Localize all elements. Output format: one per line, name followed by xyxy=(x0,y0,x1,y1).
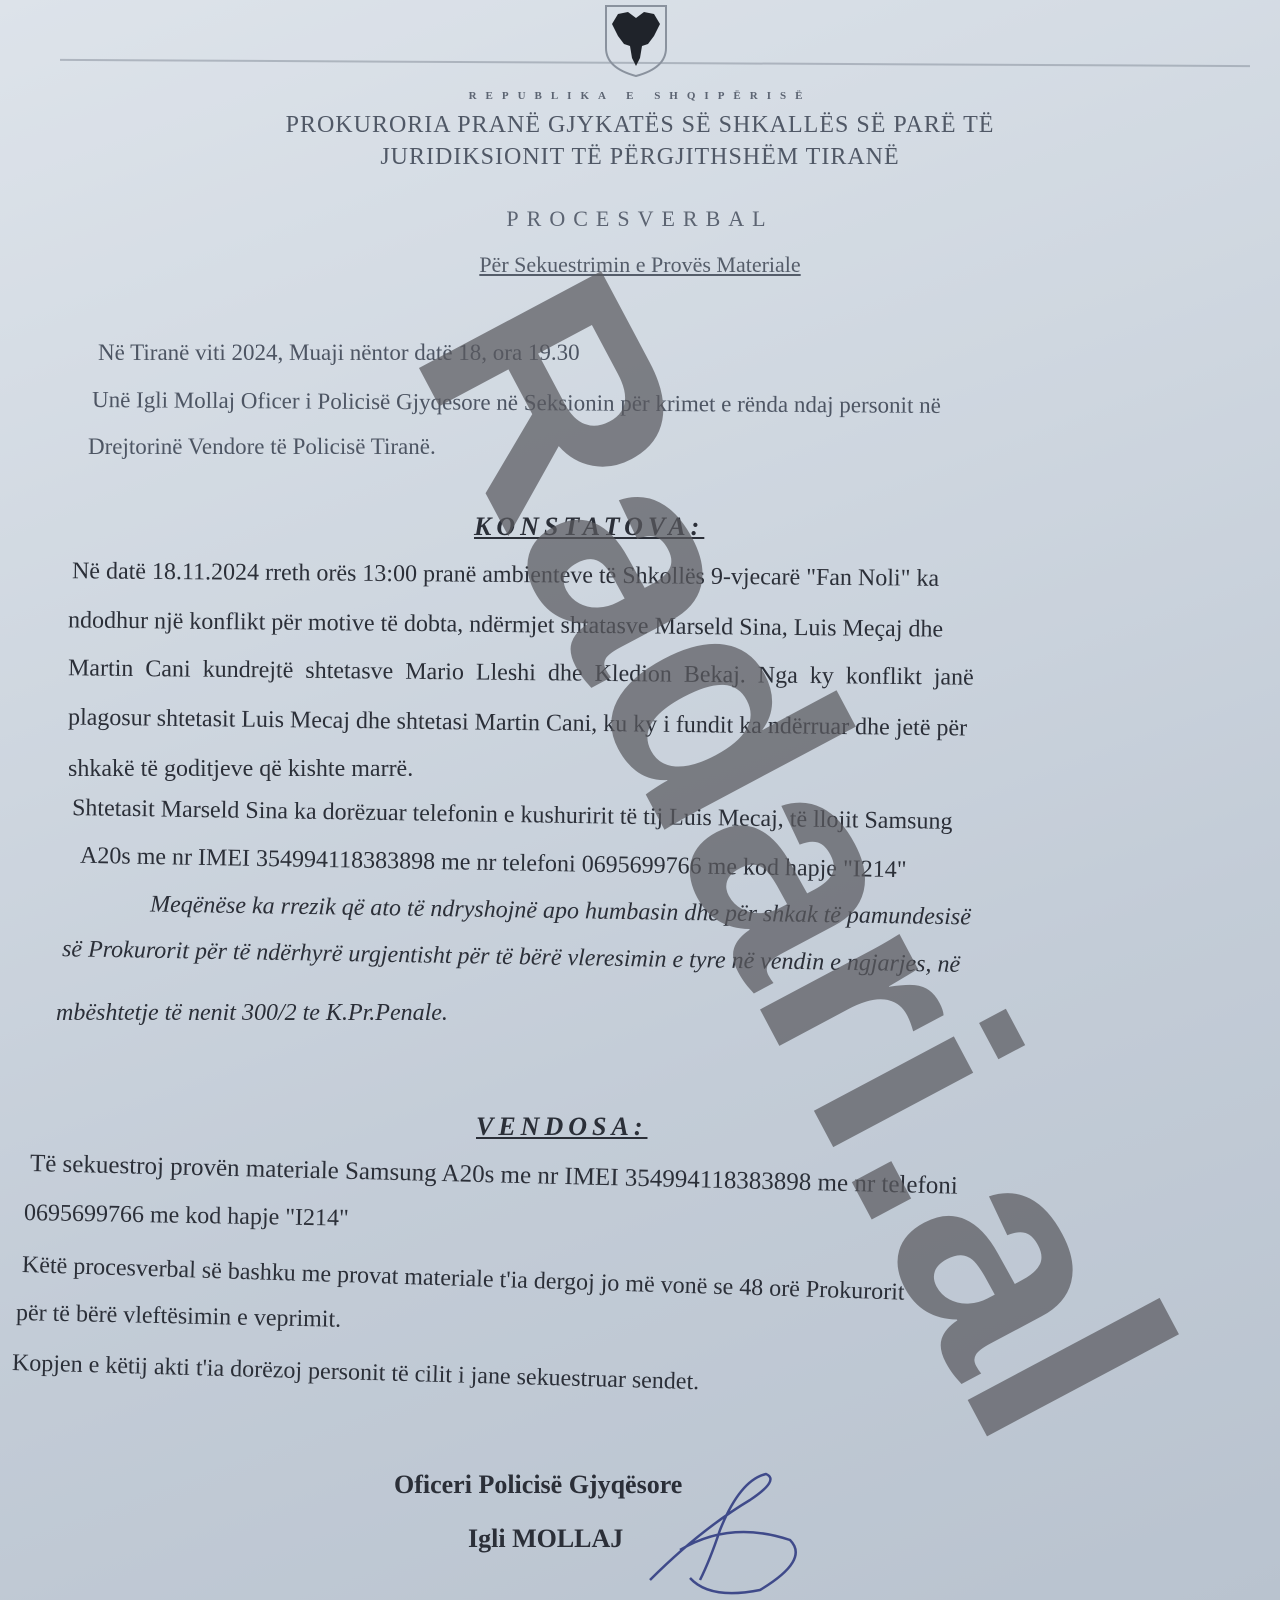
konstatova-heading: KONSTATOVA: xyxy=(474,512,704,542)
republic-label: REPUBLIKA E SHQIPËRISË xyxy=(0,90,1280,102)
vendosa-line: Kopjen e këtij akti t'ia dorëzoj personi… xyxy=(12,1350,700,1396)
konstatova-line: Në datë 18.11.2024 rreth orës 13:00 pran… xyxy=(72,558,939,593)
konstatova-line: shkakë të goditjeve që kishte marrë. xyxy=(68,756,413,783)
document-photo: REPUBLIKA E SHQIPËRISË PROKURORIA PRANË … xyxy=(0,0,1280,1600)
intro-line-1: Në Tiranë viti 2024, Muaji nëntor datë 1… xyxy=(98,340,580,366)
konstatova-line: plagosur shtetasit Luis Mecaj dhe shteta… xyxy=(68,705,967,743)
document-subtitle: Për Sekuestrimin e Provës Materiale xyxy=(0,252,1280,278)
vendosa-heading: VENDOSA: xyxy=(476,1112,647,1142)
institution-line-1: PROKURORIA PRANË GJYKATËS SË SHKALLËS SË… xyxy=(0,112,1280,139)
konstatova-line: A20s me nr IMEI 354994118383898 me nr te… xyxy=(80,843,907,884)
vendosa-line: për të bërë vleftësimin e veprimit. xyxy=(16,1300,342,1334)
konstatova-line: Martin Cani kundrejtë shtetasve Mario Ll… xyxy=(68,655,974,691)
vendosa-line: Këtë procesverbal së bashku me provat ma… xyxy=(22,1252,905,1307)
konstatova-italic-line: mbështetje të nenit 300/2 te K.Pr.Penale… xyxy=(56,1000,448,1027)
institution-line-2: JURIDIKSIONIT TË PËRGJITHSHËM TIRANË xyxy=(0,144,1280,171)
konstatova-italic-line: Meqënëse ka rrezik që ato të ndryshojnë … xyxy=(150,892,971,932)
albanian-eagle-emblem-icon xyxy=(588,4,684,78)
konstatova-italic-line: së Prokurorit për të ndërhyrë urgjentish… xyxy=(62,936,961,979)
signature-name: Igli MOLLAJ xyxy=(468,1524,623,1554)
konstatova-line: ndodhur një konflikt për motive të dobta… xyxy=(68,607,943,643)
subtitle-text: Për Sekuestrimin e Provës Materiale xyxy=(479,252,800,277)
document-title: PROCESVERBAL xyxy=(0,206,1280,232)
konstatova-line: Shtetasit Marseld Sina ka dorëzuar telef… xyxy=(72,795,953,836)
intro-line-2: Unë Igli Mollaj Oficer i Policisë Gjyqes… xyxy=(92,387,941,419)
handwritten-signature-icon xyxy=(640,1460,820,1600)
intro-line-3: Drejtorinë Vendore të Policisë Tiranë. xyxy=(88,434,436,460)
vendosa-line: Të sekuestroj provën materiale Samsung A… xyxy=(30,1150,958,1201)
vendosa-line: 0695699766 me kod hapje "I214" xyxy=(24,1200,349,1233)
